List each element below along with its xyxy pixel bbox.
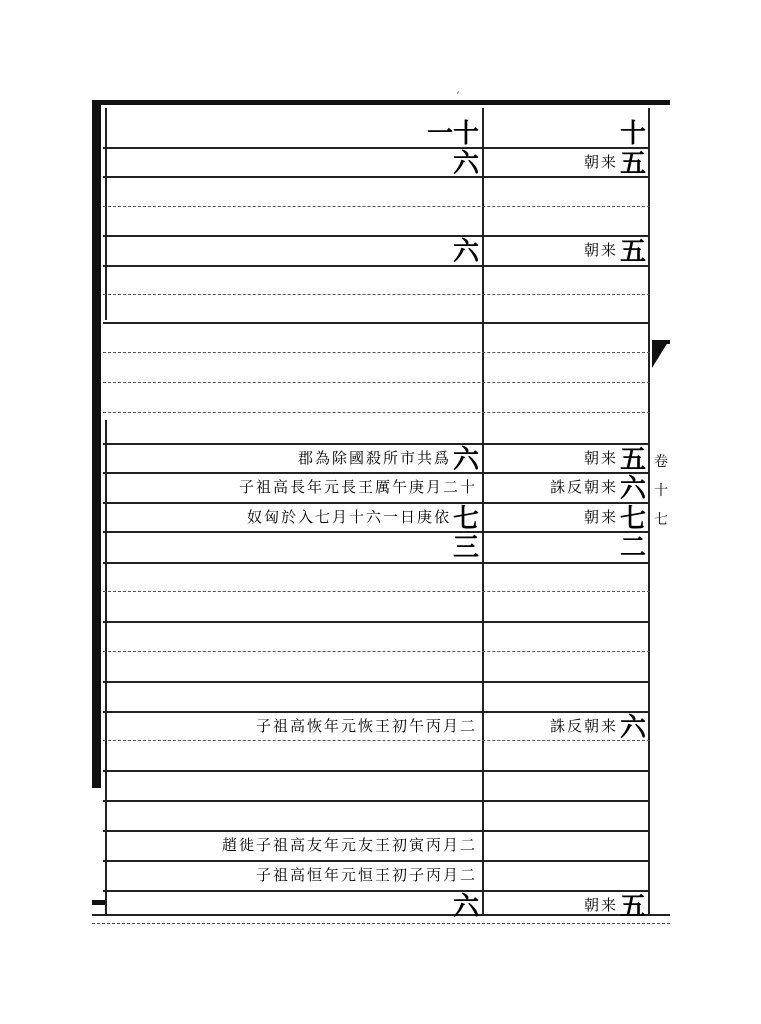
left-cell-numeral: 六 — [453, 143, 479, 180]
right-column-cell — [644, 830, 646, 858]
row-rule — [103, 352, 650, 354]
right-column-cell: 誅反朝来六 — [550, 472, 646, 500]
left-cell-text: 子祖高恢年元恢王初午丙月二 — [256, 715, 477, 736]
right-column-cell — [644, 562, 646, 590]
row-rule — [103, 531, 650, 533]
right-column-cell — [644, 621, 646, 649]
right-cell-text: 朝来 — [584, 151, 618, 172]
left-column-cell — [477, 176, 479, 204]
right-column-cell — [644, 800, 646, 828]
right-cell-numeral: 五 — [620, 886, 646, 923]
document-page: ˊ 卷 十 七 一十十六朝来五六朝来五郡為除國殺所市共爲六朝来五子祖高長年元長王… — [0, 0, 761, 1024]
left-column-cell — [477, 681, 479, 709]
right-column-cell: 二 — [618, 531, 646, 559]
left-column-cell: 郡為除國殺所市共爲六 — [298, 443, 479, 471]
right-cell-numeral: 五 — [620, 143, 646, 180]
left-cell-text: 子祖高恒年元恒王初子丙月二 — [256, 864, 477, 885]
left-column-cell — [477, 621, 479, 649]
left-cell-text: 子祖高長年元長王厲午庚月二十 — [239, 476, 477, 497]
column-divider — [482, 108, 484, 914]
margin-volume-label: 卷 十 七 — [653, 448, 669, 535]
right-cell-numeral: 六 — [620, 707, 646, 744]
right-column-cell: 朝来五 — [584, 890, 646, 918]
row-rule — [103, 651, 650, 653]
left-column-cell — [477, 294, 479, 322]
right-cell-text: 朝来 — [584, 447, 618, 468]
right-cell-text: 朝来 — [584, 506, 618, 527]
row-rule — [103, 591, 650, 593]
row-rule — [103, 322, 650, 324]
row-rule — [103, 147, 650, 149]
right-column-cell — [644, 681, 646, 709]
right-column-cell: 朝来五 — [584, 147, 646, 175]
left-column-cell — [477, 651, 479, 679]
left-column-cell — [477, 265, 479, 293]
left-column-cell — [477, 562, 479, 590]
left-column-cell: 子祖高恢年元恢王初午丙月二 — [256, 711, 479, 739]
left-column-cell — [477, 322, 479, 350]
left-column-cell: 六 — [451, 235, 479, 263]
right-edge-rule — [648, 108, 650, 914]
row-rule — [103, 621, 650, 623]
right-cell-numeral: 五 — [620, 231, 646, 268]
row-rule — [103, 740, 650, 742]
row-rule — [103, 800, 650, 802]
left-column-cell — [477, 770, 479, 798]
right-column-cell — [644, 322, 646, 350]
top-border — [92, 100, 670, 105]
right-column-cell — [644, 740, 646, 768]
left-column-cell — [477, 591, 479, 619]
margin-char: 十 — [653, 477, 669, 506]
row-rule — [103, 294, 650, 296]
left-cell-text: 趙徙子祖高友年元友王初寅丙月二 — [222, 834, 477, 855]
margin-char: 七 — [653, 506, 669, 535]
right-column-cell: 誅反朝来六 — [550, 711, 646, 739]
right-cell-numeral: 二 — [620, 527, 646, 564]
row-rule — [103, 890, 650, 892]
right-column-cell — [644, 382, 646, 410]
row-rule — [103, 412, 650, 414]
left-column-cell: 子祖高長年元長王厲午庚月二十 — [239, 472, 479, 500]
fishtail-marker-icon — [652, 342, 668, 368]
left-cell-numeral: 六 — [453, 231, 479, 268]
right-column-cell — [644, 176, 646, 204]
row-rule — [103, 770, 650, 772]
row-rule — [103, 176, 650, 178]
left-column-cell: 奴匈於入七月十六一日庚依七 — [247, 502, 479, 530]
left-cell-text: 奴匈於入七月十六一日庚依 — [247, 506, 451, 527]
right-column-cell: 朝来五 — [584, 235, 646, 263]
left-column-cell — [477, 412, 479, 440]
left-column-cell — [477, 382, 479, 410]
left-column-cell: 趙徙子祖高友年元友王初寅丙月二 — [222, 830, 479, 858]
row-rule — [103, 382, 650, 384]
left-cell-numeral: 三 — [453, 527, 479, 564]
right-column-cell — [644, 651, 646, 679]
row-rule — [103, 562, 650, 564]
right-column-cell: 十 — [618, 117, 646, 145]
left-column-cell: 六 — [451, 890, 479, 918]
left-column-cell: 六 — [451, 147, 479, 175]
left-column-cell — [477, 740, 479, 768]
left-column-cell: 三 — [451, 531, 479, 559]
right-column-cell — [644, 591, 646, 619]
left-column-cell: 一十 — [425, 117, 479, 145]
right-cell-text: 誅反朝来 — [550, 476, 618, 497]
right-column-cell — [644, 770, 646, 798]
right-column-cell — [644, 294, 646, 322]
row-rule — [103, 235, 650, 237]
left-column-cell — [477, 352, 479, 380]
left-cell-text: 郡為除國殺所市共爲 — [298, 447, 451, 468]
left-black-border-fragment — [92, 900, 106, 905]
right-cell-text: 誅反朝来 — [550, 715, 618, 736]
row-rule — [103, 681, 650, 683]
right-column-cell — [644, 412, 646, 440]
right-column-cell — [644, 265, 646, 293]
right-cell-text: 朝来 — [584, 239, 618, 260]
right-cell-text: 朝来 — [584, 894, 618, 915]
row-rule — [103, 206, 650, 208]
right-column-cell — [644, 860, 646, 888]
inner-left-rule — [105, 108, 107, 320]
right-column-cell — [644, 352, 646, 380]
bottom-border-dashed — [92, 923, 670, 925]
left-column-cell — [477, 800, 479, 828]
left-column-cell: 子祖高恒年元恒王初子丙月二 — [256, 860, 479, 888]
left-black-border — [92, 100, 101, 788]
margin-char: 卷 — [653, 448, 669, 477]
row-rule — [103, 265, 650, 267]
inner-left-rule-lower — [105, 420, 107, 915]
left-cell-numeral: 六 — [453, 886, 479, 923]
left-cell-numeral: 六 — [453, 439, 479, 476]
